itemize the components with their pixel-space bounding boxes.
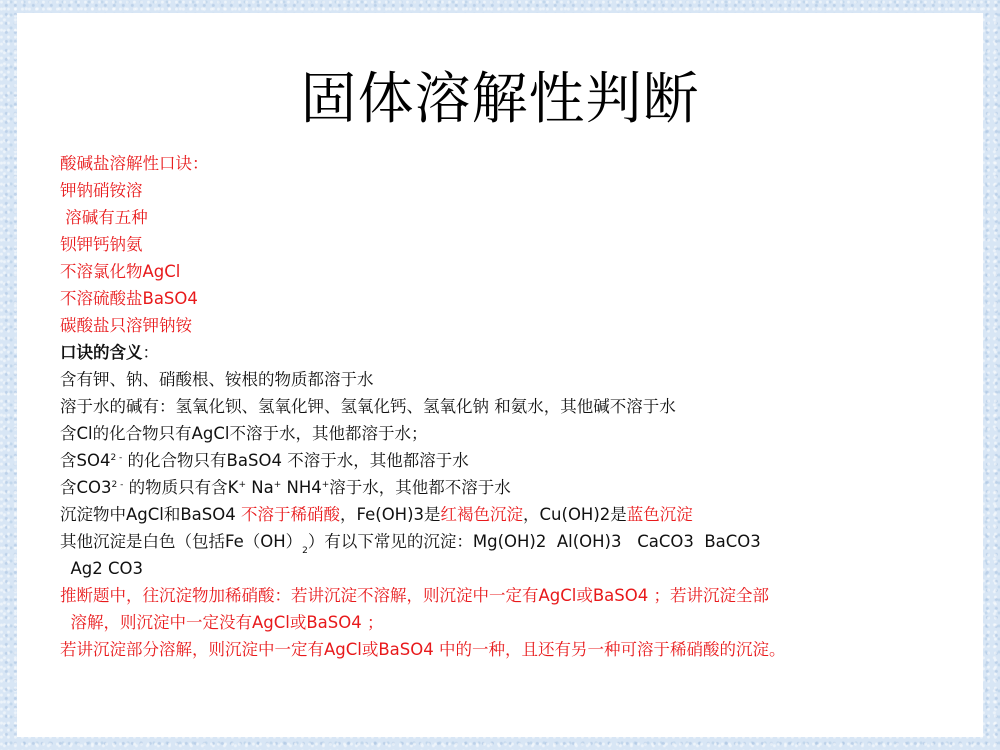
meaning-line: 含Cl的化合物只有AgCl不溶于水，其他都溶于水； bbox=[60, 420, 960, 447]
mnemonic-line: 不溶硫酸盐BaSO4 bbox=[60, 285, 960, 312]
mnemonic-heading: 酸碱盐溶解性口诀： bbox=[60, 150, 960, 177]
meaning-heading: 口诀的含义 bbox=[60, 343, 143, 362]
meaning-heading-row: 口诀的含义： bbox=[60, 339, 960, 366]
meaning-heading-colon: ： bbox=[143, 343, 160, 362]
text-segment: 溶于水，其他都不溶于水 bbox=[329, 478, 511, 497]
slide-title: 固体溶解性判断 bbox=[17, 65, 983, 135]
slide-panel: 固体溶解性判断 酸碱盐溶解性口诀： 钾钠硝铵溶 溶碱有五种 钡钾钙钠氨 不溶氯化… bbox=[17, 13, 983, 737]
text-segment: ）有以下常见的沉淀：Mg(OH)2 Al(OH)3 CaCO3 BaCO3 bbox=[308, 532, 761, 551]
superscript-charge: 2 - bbox=[112, 480, 124, 490]
text-segment: NH4 bbox=[281, 478, 322, 497]
slide-body: 酸碱盐溶解性口诀： 钾钠硝铵溶 溶碱有五种 钡钾钙钠氨 不溶氯化物AgCl 不溶… bbox=[60, 150, 960, 663]
meaning-line-precipitates: 沉淀物中AgCl和BaSO4 不溶于稀硝酸，Fe(OH)3是红褐色沉淀，Cu(O… bbox=[60, 501, 960, 528]
inference-line: 溶解，则沉淀中一定没有AgCl或BaSO4 ； bbox=[60, 609, 960, 636]
text-segment: 沉淀物中AgCl和BaSO4 bbox=[60, 505, 241, 524]
meaning-line: 含有钾、钠、硝酸根、铵根的物质都溶于水 bbox=[60, 366, 960, 393]
superscript-charge: 2 - bbox=[110, 453, 122, 463]
text-segment: Na bbox=[246, 478, 274, 497]
meaning-line-carbonate: 含CO32 - 的物质只有含K+ Na+ NH4+溶于水，其他都不溶于水 bbox=[60, 474, 960, 501]
inference-line: 推断题中，往沉淀物加稀硝酸：若讲沉淀不溶解，则沉淀中一定有AgCl或BaSO4 … bbox=[60, 582, 960, 609]
highlight-text: 蓝色沉淀 bbox=[627, 505, 693, 524]
mnemonic-line: 溶碱有五种 bbox=[60, 204, 960, 231]
meaning-line-sulfate: 含SO42 - 的化合物只有BaSO4 不溶于水，其他都溶于水 bbox=[60, 447, 960, 474]
text-segment: ，Fe(OH)3是 bbox=[340, 505, 441, 524]
text-segment: 其他沉淀是白色（包括Fe（OH） bbox=[60, 532, 302, 551]
highlight-text: 不溶于稀硝酸 bbox=[241, 505, 340, 524]
mnemonic-line: 不溶氯化物AgCl bbox=[60, 258, 960, 285]
text-segment: 的物质只有含K bbox=[123, 478, 238, 497]
mnemonic-line: 碳酸盐只溶钾钠铵 bbox=[60, 312, 960, 339]
meaning-line-white-precipitates: 其他沉淀是白色（包括Fe（OH）2）有以下常见的沉淀：Mg(OH)2 Al(OH… bbox=[60, 528, 960, 555]
mnemonic-line: 钾钠硝铵溶 bbox=[60, 177, 960, 204]
text-segment: 含SO4 bbox=[60, 451, 110, 470]
meaning-line: 溶于水的碱有：氢氧化钡、氢氧化钾、氢氧化钙、氢氧化钠 和氨水，其他碱不溶于水 bbox=[60, 393, 960, 420]
inference-line: 若讲沉淀部分溶解，则沉淀中一定有AgCl或BaSO4 中的一种，且还有另一种可溶… bbox=[60, 636, 960, 663]
text-segment: 含CO3 bbox=[60, 478, 112, 497]
meaning-line: Ag2 CO3 bbox=[60, 555, 960, 582]
text-segment: 的化合物只有BaSO4 不溶于水，其他都溶于水 bbox=[122, 451, 468, 470]
text-segment: ，Cu(OH)2是 bbox=[523, 505, 627, 524]
superscript-charge: + bbox=[238, 480, 246, 490]
mnemonic-line: 钡钾钙钠氨 bbox=[60, 231, 960, 258]
highlight-text: 红褐色沉淀 bbox=[441, 505, 524, 524]
